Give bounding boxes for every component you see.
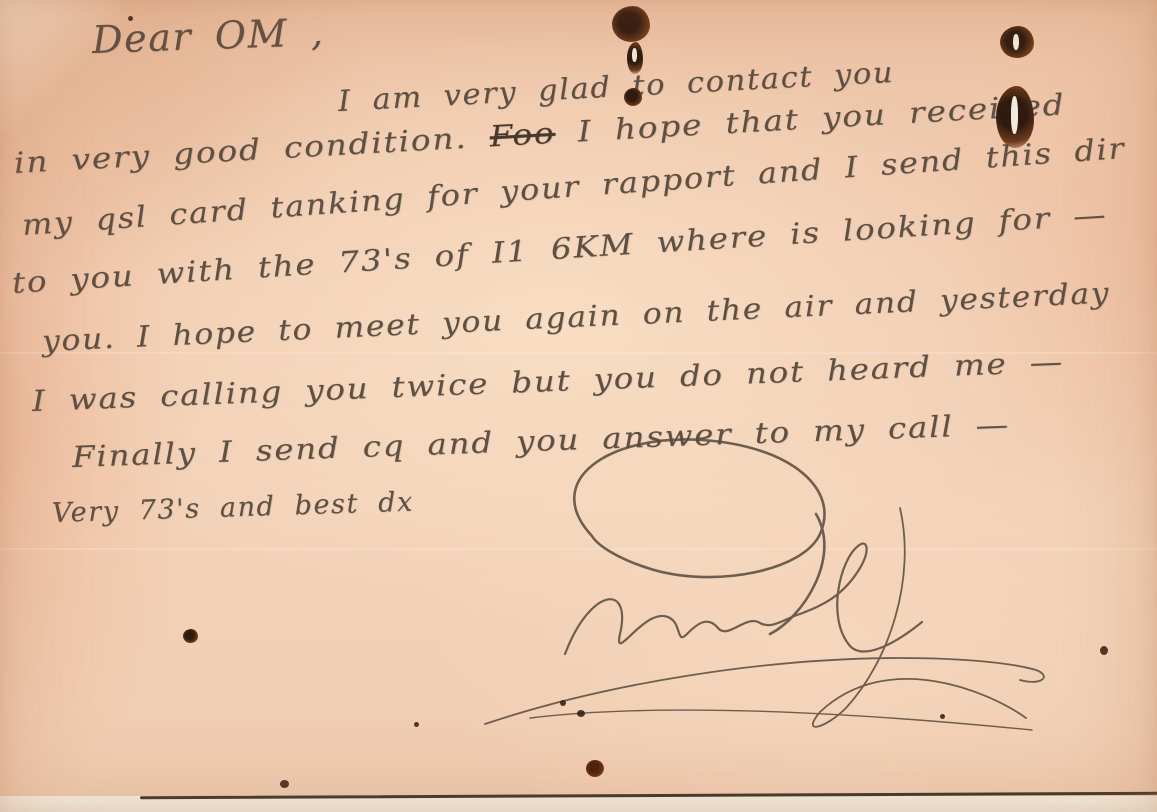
paper-speck — [280, 780, 289, 788]
postcard-scan: Dear OM , I am very glad to contact you … — [0, 0, 1157, 812]
stain-hole — [1013, 34, 1019, 50]
signature — [470, 418, 1070, 748]
stain-hole — [632, 48, 637, 62]
rust-spot-bottom-center — [586, 760, 604, 777]
stain-hole — [1011, 96, 1018, 134]
line3-text: in very good condition. — [13, 119, 491, 180]
burn-stain-top-center-dot — [624, 88, 642, 106]
paper-speck — [414, 722, 419, 727]
crossed-out-word: Foo — [489, 116, 557, 154]
paper-speck — [577, 710, 585, 717]
burn-stain-top-center-drip — [627, 42, 643, 74]
paper-speck — [1100, 646, 1108, 655]
burn-stain-top-right-upper — [1000, 26, 1034, 58]
paper-speck — [128, 16, 133, 21]
burn-stain-top-right-lower — [996, 86, 1034, 148]
closing-line: Very 73's and best dx — [52, 487, 415, 529]
burn-stain-top-center — [612, 6, 650, 42]
paper-speck — [940, 714, 945, 719]
ink-spot-left — [183, 629, 198, 643]
handwriting-line-7: I was calling you twice but you do not h… — [31, 344, 1064, 418]
paper-speck — [560, 700, 566, 706]
salutation-line: Dear OM , — [91, 10, 325, 62]
